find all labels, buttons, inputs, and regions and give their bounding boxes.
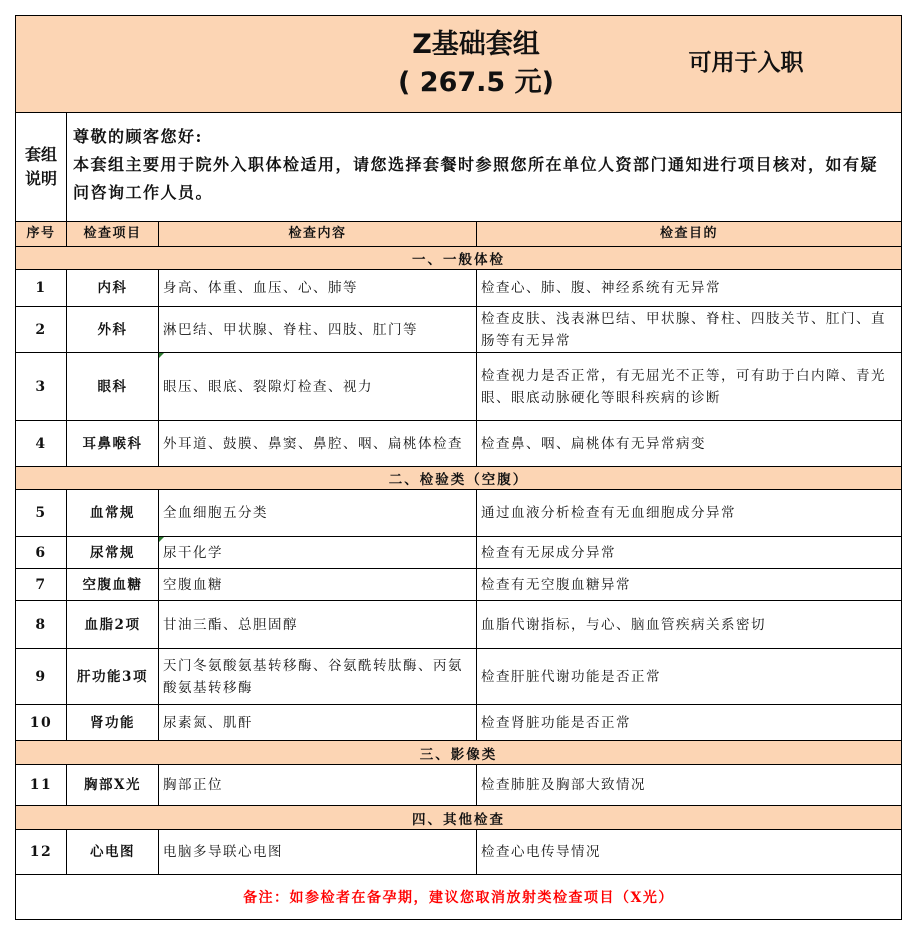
row-purpose: 检查鼻、咽、扁桃体有无异常病变 bbox=[477, 421, 901, 466]
row-item: 尿常规 bbox=[67, 537, 159, 568]
col-header-purpose: 检查目的 bbox=[477, 222, 901, 246]
title-block: Z基础套组 ( 267.5 元) 可用于入职 bbox=[16, 16, 901, 113]
package-price: ( 267.5 元) bbox=[316, 64, 636, 102]
row-no: 3 bbox=[16, 353, 67, 420]
row-no: 10 bbox=[16, 705, 67, 740]
section-header-lab: 二、检验类（空腹） bbox=[16, 467, 901, 490]
description-text: 尊敬的顾客您好: 本套组主要用于院外入职体检适用，请您选择套餐时参照您所在单位人… bbox=[67, 113, 901, 221]
row-content: 淋巴结、甲状腺、脊柱、四肢、肛门等 bbox=[159, 307, 477, 352]
row-no: 5 bbox=[16, 490, 67, 536]
table-row: 11 胸部X光 胸部正位 检查肺脏及胸部大致情况 bbox=[16, 765, 901, 806]
row-no: 4 bbox=[16, 421, 67, 466]
row-content: 眼压、眼底、裂隙灯检查、视力 bbox=[159, 353, 477, 420]
remark-note: 备注：如参检者在备孕期，建议您取消放射类检查项目（X光） bbox=[16, 875, 901, 919]
col-header-no: 序号 bbox=[16, 222, 67, 246]
row-no: 12 bbox=[16, 830, 67, 874]
row-no: 7 bbox=[16, 569, 67, 600]
row-content: 胸部正位 bbox=[159, 765, 477, 805]
section-header-other: 四、其他检查 bbox=[16, 806, 901, 830]
row-item: 内科 bbox=[67, 270, 159, 306]
package-title: Z基础套组 ( 267.5 元) bbox=[316, 26, 636, 102]
table-row: 7 空腹血糖 空腹血糖 检查有无空腹血糖异常 bbox=[16, 569, 901, 601]
row-item: 胸部X光 bbox=[67, 765, 159, 805]
row-purpose: 检查皮肤、浅表淋巴结、甲状腺、脊柱、四肢关节、肛门、直肠等有无异常 bbox=[477, 307, 901, 352]
package-name: Z基础套组 bbox=[316, 26, 636, 64]
row-purpose: 血脂代谢指标，与心、脑血管疾病关系密切 bbox=[477, 601, 901, 648]
row-no: 6 bbox=[16, 537, 67, 568]
row-content-text: 尿干化学 bbox=[163, 542, 223, 564]
row-purpose: 检查心、肺、腹、神经系统有无异常 bbox=[477, 270, 901, 306]
package-usage: 可用于入职 bbox=[646, 46, 846, 80]
table-row: 4 耳鼻喉科 外耳道、鼓膜、鼻窦、鼻腔、咽、扁桃体检查 检查鼻、咽、扁桃体有无异… bbox=[16, 421, 901, 467]
table-row: 10 肾功能 尿素氮、肌酐 检查肾脏功能是否正常 bbox=[16, 705, 901, 741]
table-row: 2 外科 淋巴结、甲状腺、脊柱、四肢、肛门等 检查皮肤、浅表淋巴结、甲状腺、脊柱… bbox=[16, 307, 901, 353]
col-header-content: 检查内容 bbox=[159, 222, 477, 246]
table-row: 12 心电图 电脑多导联心电图 检查心电传导情况 bbox=[16, 830, 901, 875]
row-content-text: 眼压、眼底、裂隙灯检查、视力 bbox=[163, 376, 373, 398]
row-content: 尿素氮、肌酐 bbox=[159, 705, 477, 740]
package-sheet: Z基础套组 ( 267.5 元) 可用于入职 套组说明 尊敬的顾客您好: 本套组… bbox=[15, 15, 902, 920]
table-header-row: 序号 检查项目 检查内容 检查目的 bbox=[16, 222, 901, 247]
description-greeting: 尊敬的顾客您好: bbox=[73, 123, 895, 151]
row-content: 空腹血糖 bbox=[159, 569, 477, 600]
row-purpose: 检查肝脏代谢功能是否正常 bbox=[477, 649, 901, 704]
row-content: 电脑多导联心电图 bbox=[159, 830, 477, 874]
table-row: 6 尿常规 尿干化学 检查有无尿成分异常 bbox=[16, 537, 901, 569]
row-content: 甘油三酯、总胆固醇 bbox=[159, 601, 477, 648]
row-item: 血脂2项 bbox=[67, 601, 159, 648]
row-purpose: 检查肾脏功能是否正常 bbox=[477, 705, 901, 740]
row-no: 2 bbox=[16, 307, 67, 352]
description-label: 套组说明 bbox=[16, 113, 67, 221]
section-header-general: 一、一般体检 bbox=[16, 247, 901, 270]
row-item: 肾功能 bbox=[67, 705, 159, 740]
col-header-item: 检查项目 bbox=[67, 222, 159, 246]
row-item: 眼科 bbox=[67, 353, 159, 420]
row-content: 身高、体重、血压、心、肺等 bbox=[159, 270, 477, 306]
row-purpose: 通过血液分析检查有无血细胞成分异常 bbox=[477, 490, 901, 536]
row-no: 8 bbox=[16, 601, 67, 648]
description-block: 套组说明 尊敬的顾客您好: 本套组主要用于院外入职体检适用，请您选择套餐时参照您… bbox=[16, 113, 901, 222]
row-item: 空腹血糖 bbox=[67, 569, 159, 600]
row-no: 1 bbox=[16, 270, 67, 306]
section-header-imaging: 三、影像类 bbox=[16, 741, 901, 765]
row-item: 肝功能3项 bbox=[67, 649, 159, 704]
table-row: 8 血脂2项 甘油三酯、总胆固醇 血脂代谢指标，与心、脑血管疾病关系密切 bbox=[16, 601, 901, 649]
row-item: 心电图 bbox=[67, 830, 159, 874]
row-content: 天门冬氨酸氨基转移酶、谷氨酰转肽酶、丙氨酸氨基转移酶 bbox=[159, 649, 477, 704]
description-body: 本套组主要用于院外入职体检适用，请您选择套餐时参照您所在单位人资部门通知进行项目… bbox=[73, 151, 895, 207]
row-purpose: 检查视力是否正常，有无屈光不正等，可有助于白内障、青光眼、眼底动脉硬化等眼科疾病… bbox=[477, 353, 901, 420]
row-purpose: 检查心电传导情况 bbox=[477, 830, 901, 874]
row-content: 全血细胞五分类 bbox=[159, 490, 477, 536]
row-purpose: 检查有无尿成分异常 bbox=[477, 537, 901, 568]
table-row: 3 眼科 眼压、眼底、裂隙灯检查、视力 检查视力是否正常，有无屈光不正等，可有助… bbox=[16, 353, 901, 421]
row-item: 血常规 bbox=[67, 490, 159, 536]
table-row: 5 血常规 全血细胞五分类 通过血液分析检查有无血细胞成分异常 bbox=[16, 490, 901, 537]
table-row: 9 肝功能3项 天门冬氨酸氨基转移酶、谷氨酰转肽酶、丙氨酸氨基转移酶 检查肝脏代… bbox=[16, 649, 901, 705]
table-row: 1 内科 身高、体重、血压、心、肺等 检查心、肺、腹、神经系统有无异常 bbox=[16, 270, 901, 307]
row-no: 11 bbox=[16, 765, 67, 805]
row-no: 9 bbox=[16, 649, 67, 704]
row-item: 外科 bbox=[67, 307, 159, 352]
row-content: 尿干化学 bbox=[159, 537, 477, 568]
row-item: 耳鼻喉科 bbox=[67, 421, 159, 466]
row-purpose: 检查有无空腹血糖异常 bbox=[477, 569, 901, 600]
row-content: 外耳道、鼓膜、鼻窦、鼻腔、咽、扁桃体检查 bbox=[159, 421, 477, 466]
row-purpose: 检查肺脏及胸部大致情况 bbox=[477, 765, 901, 805]
